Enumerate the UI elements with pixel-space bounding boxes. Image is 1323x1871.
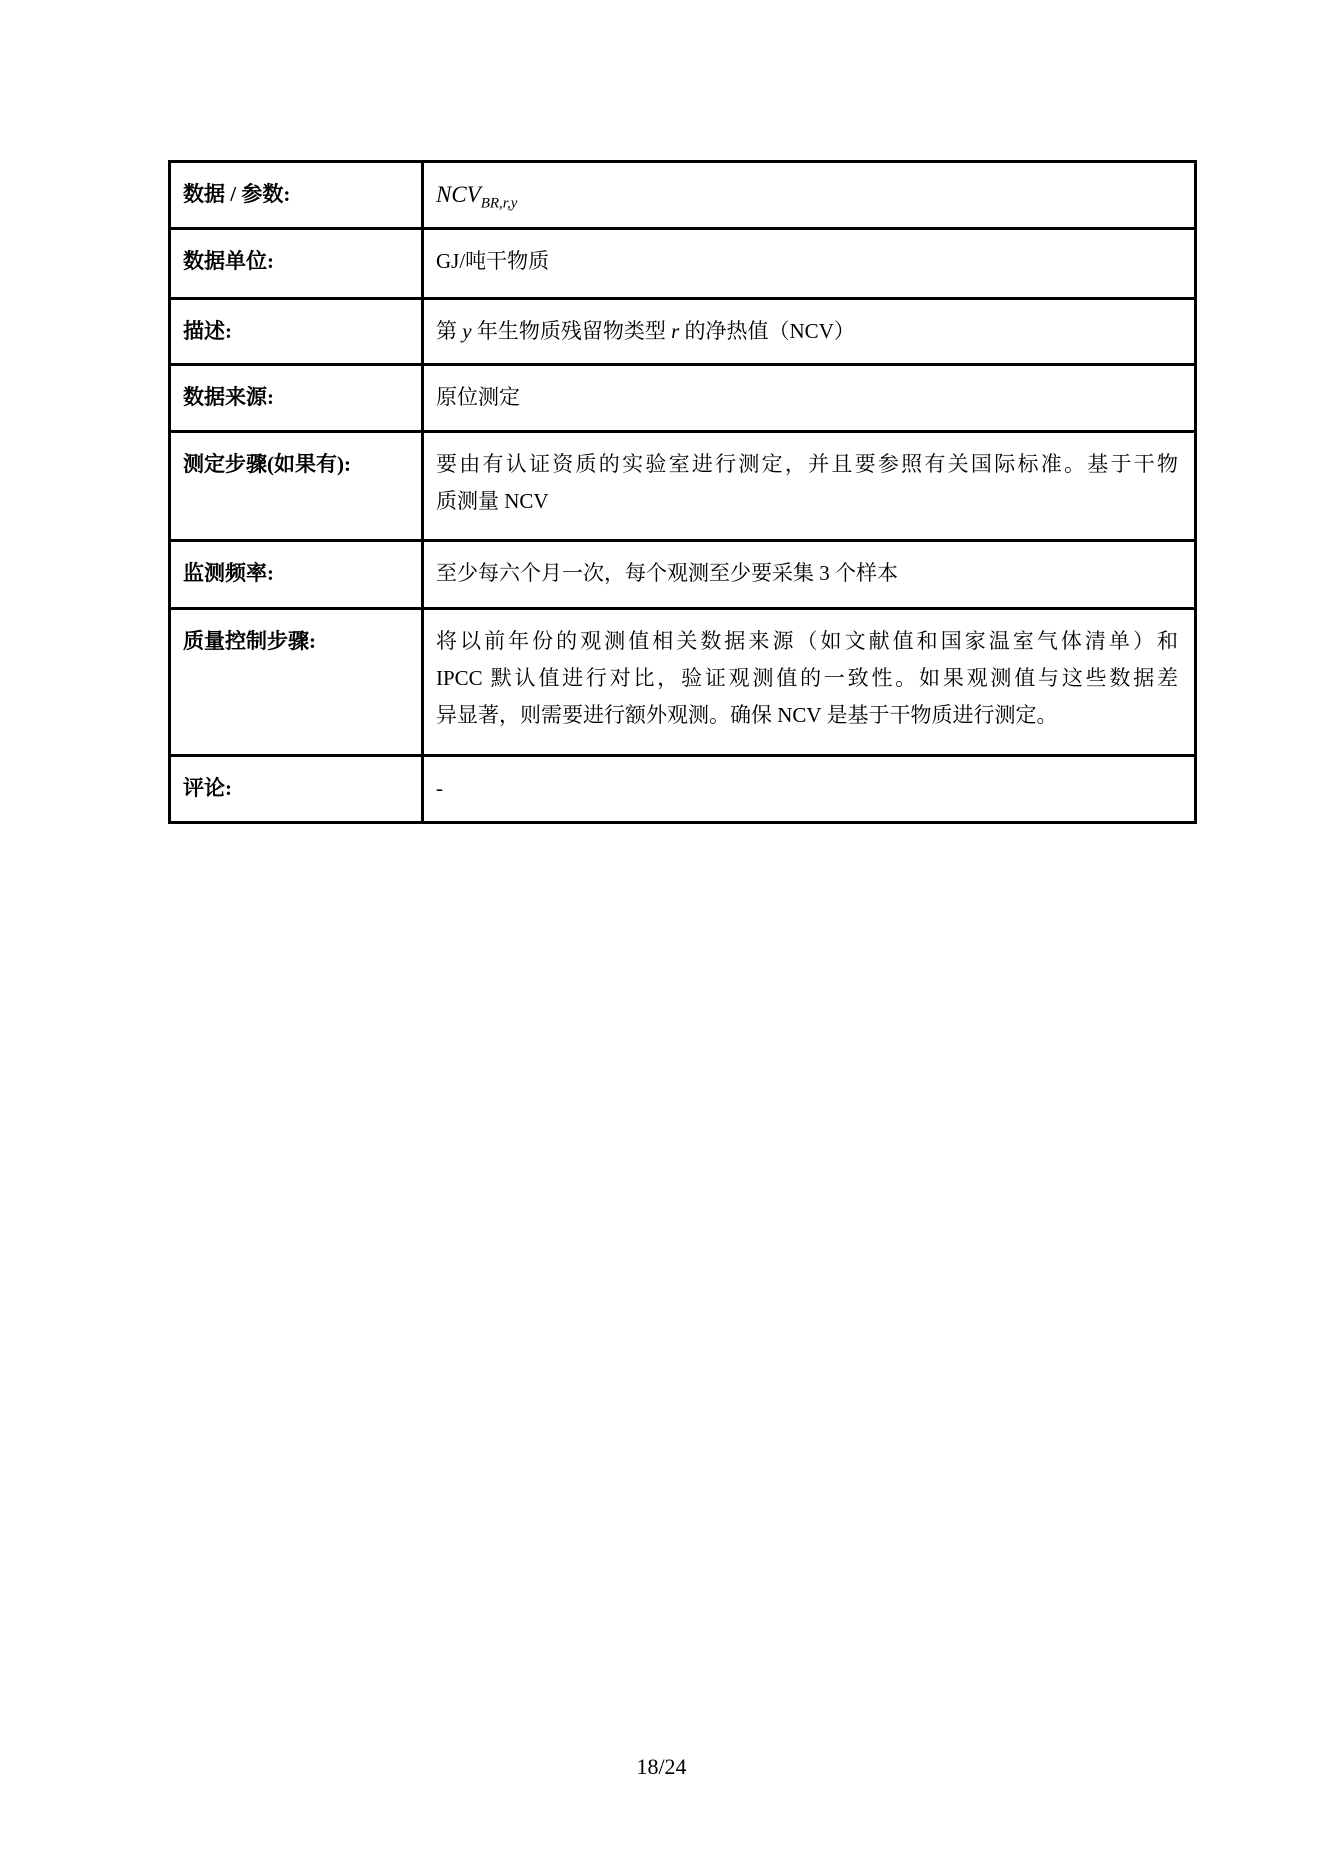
value-data-parameter: NCVBR,r,y: [423, 162, 1196, 229]
qc-procedures-line-1: 将以前年份的观测值相关数据来源（如文献值和国家温室气体清单）和: [436, 623, 1178, 660]
value-monitoring-frequency: 至少每六个月一次，每个观测至少要采集 3 个样本: [423, 541, 1196, 609]
value-data-unit: GJ/吨干物质: [423, 229, 1196, 299]
row-monitoring-frequency: 监测频率: 至少每六个月一次，每个观测至少要采集 3 个样本: [170, 541, 1196, 609]
label-data-source: 数据来源:: [170, 365, 423, 432]
value-measurement-procedures: 要由有认证资质的实验室进行测定，并且要参照有关国际标准。基于干物 质测量 NCV: [423, 432, 1196, 541]
label-monitoring-frequency: 监测频率:: [170, 541, 423, 609]
label-qc-procedures: 质量控制步骤:: [170, 609, 423, 756]
qc-procedures-line-3: 异显著，则需要进行额外观测。确保 NCV 是基于干物质进行测定。: [436, 697, 1178, 734]
row-comment: 评论: -: [170, 756, 1196, 823]
value-comment: -: [423, 756, 1196, 823]
document-page: 数据 / 参数: NCVBR,r,y 数据单位: GJ/吨干物质 描述: 第 y…: [0, 0, 1323, 1871]
row-data-parameter: 数据 / 参数: NCVBR,r,y: [170, 162, 1196, 229]
row-description: 描述: 第 y 年生物质残留物类型 r 的净热值（NCV）: [170, 299, 1196, 365]
measurement-procedures-line-2: 质测量 NCV: [436, 483, 1178, 520]
variable-y: y: [462, 319, 471, 343]
row-data-unit: 数据单位: GJ/吨干物质: [170, 229, 1196, 299]
description-text-pre: 第: [436, 319, 462, 343]
row-qc-procedures: 质量控制步骤: 将以前年份的观测值相关数据来源（如文献值和国家温室气体清单）和 …: [170, 609, 1196, 756]
ncv-formula: NCVBR,r,y: [436, 182, 517, 207]
formula-main: NCV: [436, 182, 481, 207]
label-measurement-procedures: 测定步骤(如果有):: [170, 432, 423, 541]
label-comment: 评论:: [170, 756, 423, 823]
value-qc-procedures: 将以前年份的观测值相关数据来源（如文献值和国家温室气体清单）和 IPCC 默认值…: [423, 609, 1196, 756]
row-data-source: 数据来源: 原位测定: [170, 365, 1196, 432]
label-description: 描述:: [170, 299, 423, 365]
value-description: 第 y 年生物质残留物类型 r 的净热值（NCV）: [423, 299, 1196, 365]
formula-subscript: BR,r,y: [481, 196, 518, 212]
description-text-post: 的净热值（NCV）: [679, 319, 855, 343]
label-data-parameter: 数据 / 参数:: [170, 162, 423, 229]
monitoring-parameter-table: 数据 / 参数: NCVBR,r,y 数据单位: GJ/吨干物质 描述: 第 y…: [168, 160, 1197, 824]
value-data-source: 原位测定: [423, 365, 1196, 432]
page-number: 18/24: [0, 1752, 1323, 1782]
qc-procedures-line-2: IPCC 默认值进行对比，验证观测值的一致性。如果观测值与这些数据差: [436, 660, 1178, 697]
measurement-procedures-line-1: 要由有认证资质的实验室进行测定，并且要参照有关国际标准。基于干物: [436, 446, 1178, 483]
label-data-unit: 数据单位:: [170, 229, 423, 299]
description-text-mid: 年生物质残留物类型: [472, 319, 672, 343]
row-measurement-procedures: 测定步骤(如果有): 要由有认证资质的实验室进行测定，并且要参照有关国际标准。基…: [170, 432, 1196, 541]
